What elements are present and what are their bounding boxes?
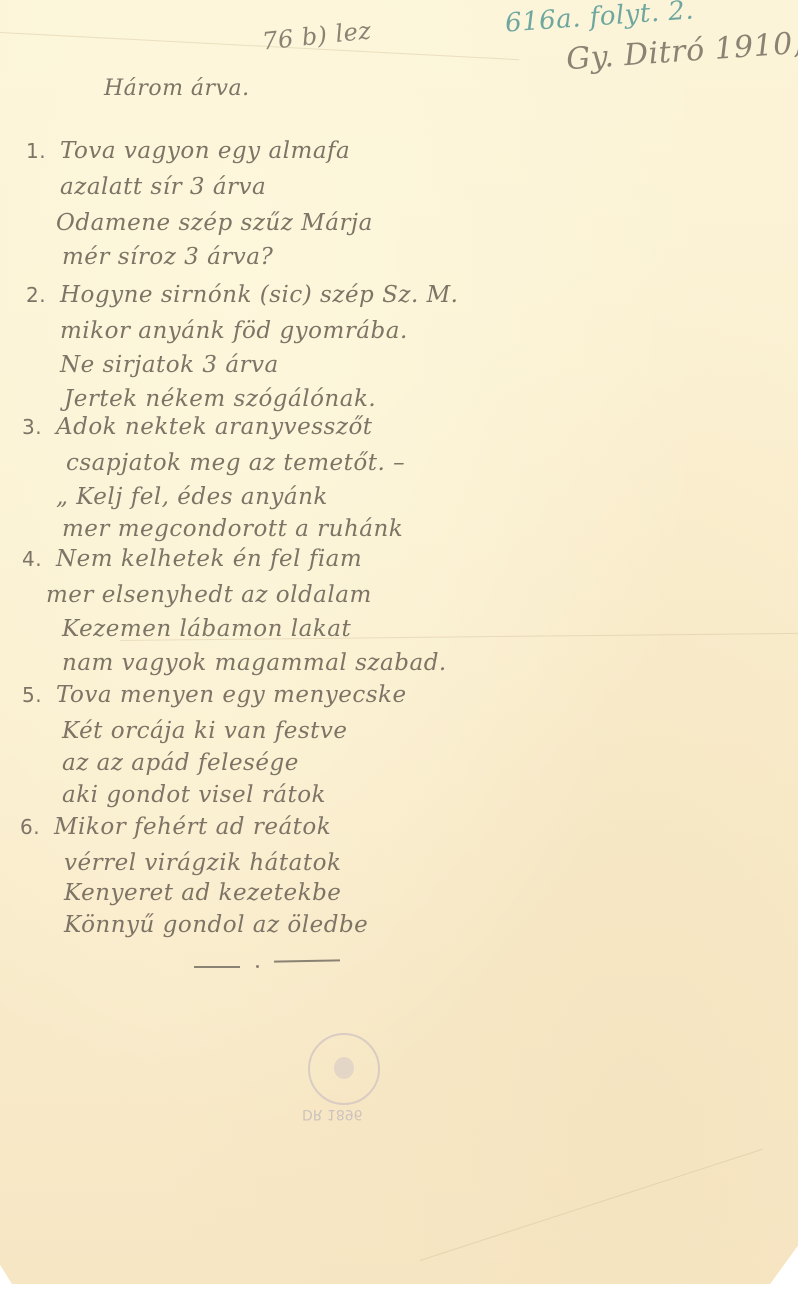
stanza-line: Jertek nékem szógálónak.: [64, 388, 376, 411]
stanza-number: 3.: [22, 417, 56, 437]
stanza-line: Ne sirjatok 3 árva: [60, 354, 279, 377]
manuscript-page: 76 b) lez 616a. folyt. 2. Gy. Ditró 1910…: [0, 0, 798, 1284]
stanza-number: 1.: [26, 141, 60, 161]
stanza-line-text: Hogyne sirnónk (sic) szép Sz. M.: [60, 282, 458, 308]
stanza-line: az az apád felesége: [62, 752, 299, 775]
stanza-line-text: Mikor fehért ad reátok: [54, 814, 331, 840]
end-dot: [256, 965, 259, 968]
stanza-line: mér síroz 3 árva?: [62, 246, 273, 269]
stanza-line: 2.Hogyne sirnónk (sic) szép Sz. M.: [26, 284, 458, 307]
stanza-line: vérrel virágzik hátatok: [64, 852, 341, 875]
stanza-line-text: Tova menyen egy menyecske: [56, 682, 407, 708]
stanza-line: aki gondot visel rátok: [62, 784, 326, 807]
stanza-line-text: Adok nektek aranyvesszőt: [56, 414, 373, 440]
stanza-line: Kenyeret ad kezetekbe: [64, 882, 341, 905]
stanza-line: 6.Mikor fehért ad reátok: [20, 816, 331, 839]
stanza-line: 4.Nem kelhetek én fel fiam: [22, 548, 362, 571]
stanza-line: mikor anyánk föd gyomrába.: [60, 320, 408, 343]
end-rule-left: [194, 966, 240, 968]
stanza-line: azalatt sír 3 árva: [60, 176, 266, 199]
stanza-line: mer megcondorott a ruhánk: [62, 518, 403, 541]
stanza-line: Könnyű gondol az öledbe: [64, 914, 368, 937]
end-rule-right: [274, 959, 340, 962]
stanza-line-text: Tova vagyon egy almafa: [60, 138, 350, 164]
stanza-line: 3.Adok nektek aranyvesszőt: [22, 416, 373, 439]
stanza-line: 5.Tova menyen egy menyecske: [22, 684, 407, 707]
stanza-line: 1.Tova vagyon egy almafa: [26, 140, 350, 163]
catalog-number-annotation: 616a. folyt. 2.: [504, 0, 695, 39]
stanza-line: Két orcája ki van festve: [62, 720, 348, 743]
stanza-line: Kezemen lábamon lakat: [62, 618, 351, 641]
stanza-number: 6.: [20, 817, 54, 837]
stanza-line: csapjatok meg az temetőt. –: [66, 452, 405, 475]
stanza-number: 4.: [22, 549, 56, 569]
stanza-number: 5.: [22, 685, 56, 705]
poem-title: Három árva.: [104, 76, 250, 101]
stamp-emblem-icon: [334, 1057, 354, 1079]
stanza-line: „ Kelj fel, édes anyánk: [56, 486, 328, 509]
place-date-annotation: Gy. Ditró 1910,: [565, 26, 802, 77]
library-stamp: [308, 1033, 380, 1105]
stanza-line: Odamene szép szűz Márja: [56, 212, 373, 235]
stamp-code: DR 1896: [302, 1106, 363, 1122]
paper-crease: [420, 1149, 763, 1261]
stanza-line-text: Nem kelhetek én fel fiam: [56, 546, 362, 572]
stanza-line: mer elsenyhedt az oldalam: [46, 584, 372, 607]
stanza-line: nam vagyok magammal szabad.: [62, 652, 447, 675]
paper-crease: [0, 32, 519, 60]
stanza-number: 2.: [26, 285, 60, 305]
